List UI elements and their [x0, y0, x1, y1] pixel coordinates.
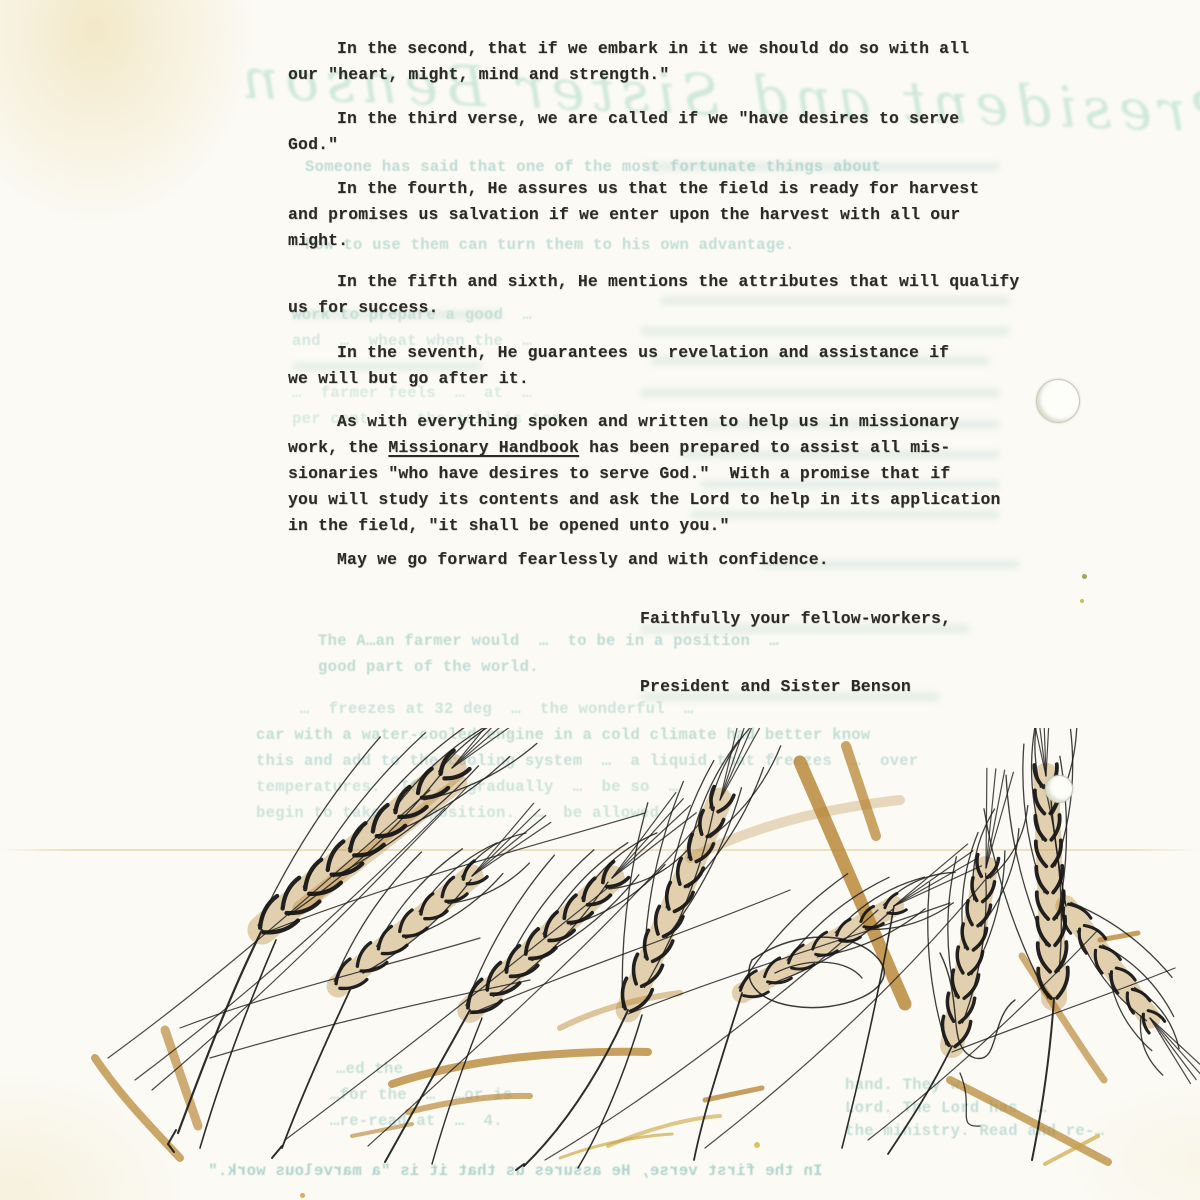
- letter-closing: Faithfully your fellow-workers,: [640, 606, 951, 632]
- letter-paragraph: In the fourth, He assures us that the fi…: [288, 176, 979, 254]
- paper-speck: [1082, 574, 1087, 579]
- hole-punch: [1045, 775, 1073, 803]
- letter-paragraph: In the fifth and sixth, He mentions the …: [288, 269, 1019, 321]
- letter-paragraph: May we go forward fearlessly and with co…: [288, 547, 829, 573]
- ghost-text-fragment: good part of the world.: [318, 658, 539, 676]
- paper-speck: [1080, 599, 1084, 603]
- paper-speck: [754, 1142, 760, 1148]
- scanned-letter-page: President and Sister Benson Someone has …: [0, 0, 1200, 1200]
- letter-paragraph: In the seventh, He guarantees us revelat…: [288, 340, 949, 392]
- ghost-text-fragment: … freezes at 32 deg … the wonderful …: [300, 700, 694, 718]
- hole-punch: [1036, 379, 1080, 423]
- letter-paragraph: In the third verse, we are called if we …: [288, 106, 959, 158]
- letter-paragraph: In the second, that if we embark in it w…: [288, 36, 969, 88]
- ghost-smudge: [645, 162, 1000, 171]
- ghost-smudge: [640, 326, 1010, 336]
- ghost-text-fragment: The A…an farmer would … to be in a posit…: [318, 632, 779, 650]
- paper-speck: [300, 1193, 305, 1198]
- wheat-illustration: [0, 728, 1200, 1173]
- letter-paragraph: As with everything spoken and written to…: [288, 409, 1001, 539]
- letter-signature: President and Sister Benson: [640, 674, 911, 700]
